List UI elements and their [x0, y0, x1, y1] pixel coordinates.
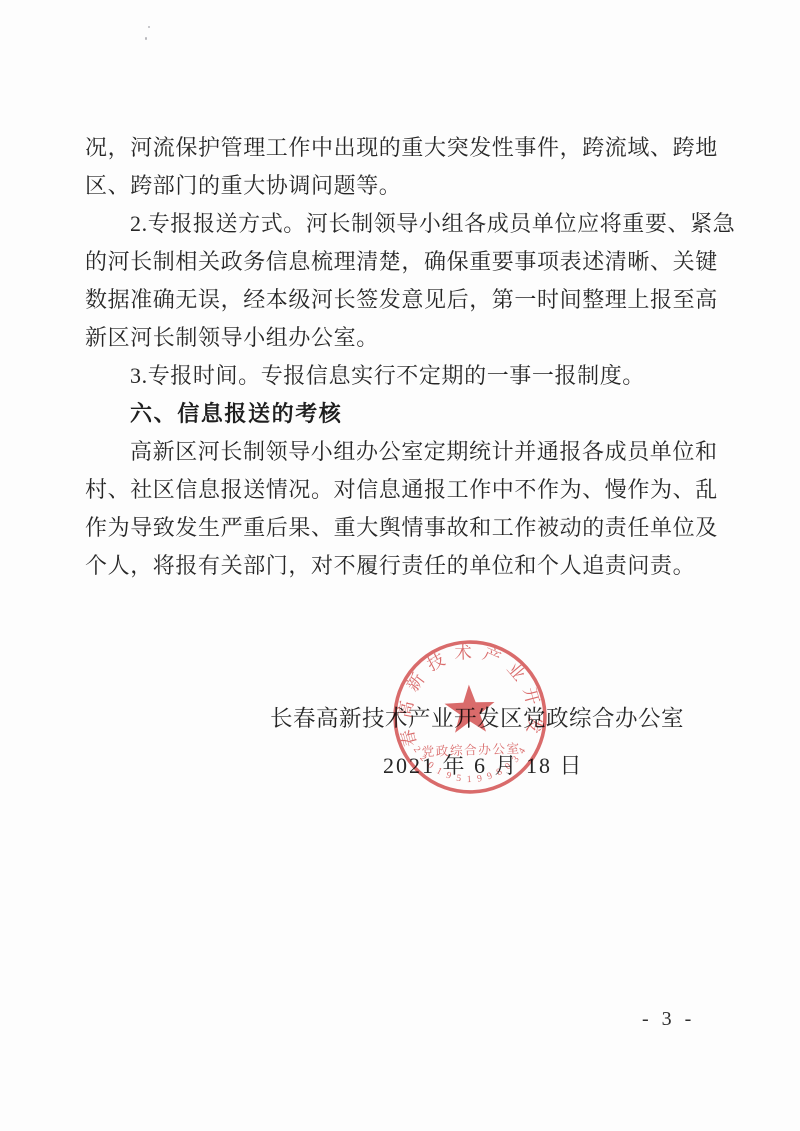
body-line: 2.专报报送方式。河长制领导小组各成员单位应将重要、紧急 [85, 205, 725, 243]
body-line: 新区河长制领导小组办公室。 [85, 319, 725, 357]
body-line: 作为导致发生严重后果、重大舆情事故和工作被动的责任单位及 [85, 509, 725, 547]
body-line: 的河长制相关政务信息梳理清楚，确保重要事项表述清晰、关键 [85, 243, 725, 281]
body-line: 数据准确无误，经本级河长签发意见后，第一时间整理上报至高 [85, 281, 725, 319]
document-body: 况，河流保护管理工作中出现的重大突发性事件，跨流域、跨地 区、跨部门的重大协调问… [85, 129, 725, 585]
document-page: 况，河流保护管理工作中出现的重大突发性事件，跨流域、跨地 区、跨部门的重大协调问… [0, 0, 800, 1131]
body-line: 区、跨部门的重大协调问题等。 [85, 167, 725, 205]
body-line: 3.专报时间。专报信息实行不定期的一事一报制度。 [85, 357, 725, 395]
seal-office-text: 党政综合办公室 [421, 741, 521, 759]
section-heading: 六、信息报送的考核 [85, 395, 725, 433]
body-line: 个人，将报有关部门，对不履行责任的单位和个人追责问责。 [85, 547, 725, 585]
seal-ring-text: 长春高新技术产业开发区 [386, 632, 546, 749]
body-line: 况，河流保护管理工作中出现的重大突发性事件，跨流域、跨地 [85, 129, 725, 167]
body-line: 高新区河长制领导小组办公室定期统计并通报各成员单位和 [85, 433, 725, 471]
body-line: 村、社区信息报送情况。对信息通报工作中不作为、慢作为、乱 [85, 471, 725, 509]
page-number: - 3 - [642, 1008, 695, 1031]
seal-star-icon [444, 684, 496, 733]
official-seal: 长春高新技术产业开发区 党政综合办公室 2201951998034 [386, 632, 554, 802]
scan-speck [148, 26, 150, 28]
scan-speck [145, 37, 147, 40]
